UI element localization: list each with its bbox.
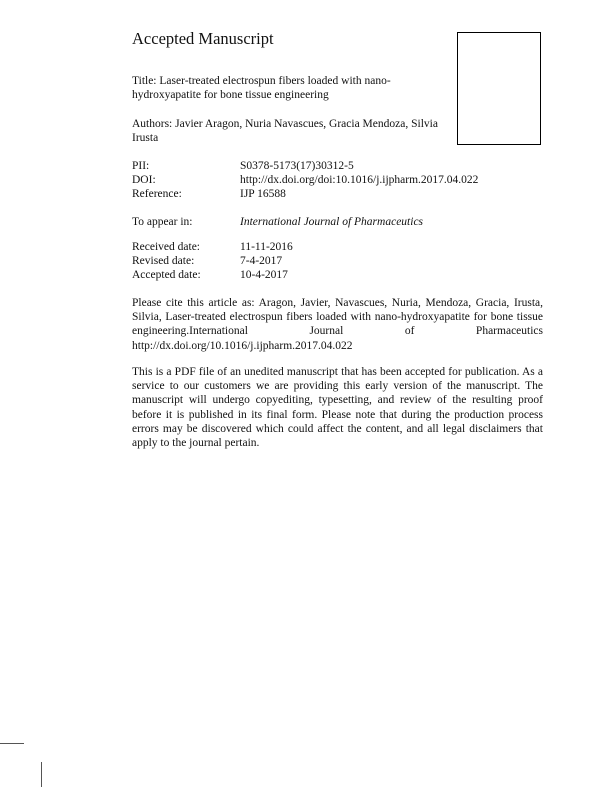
- dates-block: Received date: 11-11-2016 Revised date: …: [132, 240, 293, 282]
- journal-block: To appear in: International Journal of P…: [132, 215, 423, 229]
- doi-label: DOI:: [132, 173, 240, 187]
- pii-row: PII: S0378-5173(17)30312-5: [132, 159, 478, 173]
- journal-row: To appear in: International Journal of P…: [132, 215, 423, 229]
- disclaimer-paragraph: This is a PDF file of an unedited manusc…: [132, 365, 543, 450]
- received-date-row: Received date: 11-11-2016: [132, 240, 293, 254]
- citation-paragraph: Please cite this article as: Aragon, Jav…: [132, 296, 543, 353]
- revised-date-row: Revised date: 7-4-2017: [132, 254, 293, 268]
- article-authors: Authors: Javier Aragon, Nuria Navascues,…: [132, 117, 442, 145]
- doi-row: DOI: http://dx.doi.org/doi:10.1016/j.ijp…: [132, 173, 478, 187]
- crop-mark-horizontal: [0, 743, 24, 744]
- journal-name: International Journal of Pharmaceutics: [240, 215, 423, 229]
- journal-cover-placeholder: [457, 32, 541, 145]
- crop-mark-vertical: [41, 762, 42, 787]
- reference-value: IJP 16588: [240, 187, 286, 201]
- received-date-value: 11-11-2016: [240, 240, 293, 254]
- pii-value: S0378-5173(17)30312-5: [240, 159, 354, 173]
- journal-label: To appear in:: [132, 215, 240, 229]
- reference-row: Reference: IJP 16588: [132, 187, 478, 201]
- identifiers-block: PII: S0378-5173(17)30312-5 DOI: http://d…: [132, 159, 478, 201]
- pii-label: PII:: [132, 159, 240, 173]
- revised-date-value: 7-4-2017: [240, 254, 282, 268]
- accepted-date-row: Accepted date: 10-4-2017: [132, 268, 293, 282]
- accepted-date-label: Accepted date:: [132, 268, 240, 282]
- page-heading: Accepted Manuscript: [132, 29, 274, 49]
- article-title: Title: Laser-treated electrospun fibers …: [132, 74, 432, 102]
- revised-date-label: Revised date:: [132, 254, 240, 268]
- doi-value[interactable]: http://dx.doi.org/doi:10.1016/j.ijpharm.…: [240, 173, 478, 187]
- accepted-date-value: 10-4-2017: [240, 268, 288, 282]
- reference-label: Reference:: [132, 187, 240, 201]
- received-date-label: Received date:: [132, 240, 240, 254]
